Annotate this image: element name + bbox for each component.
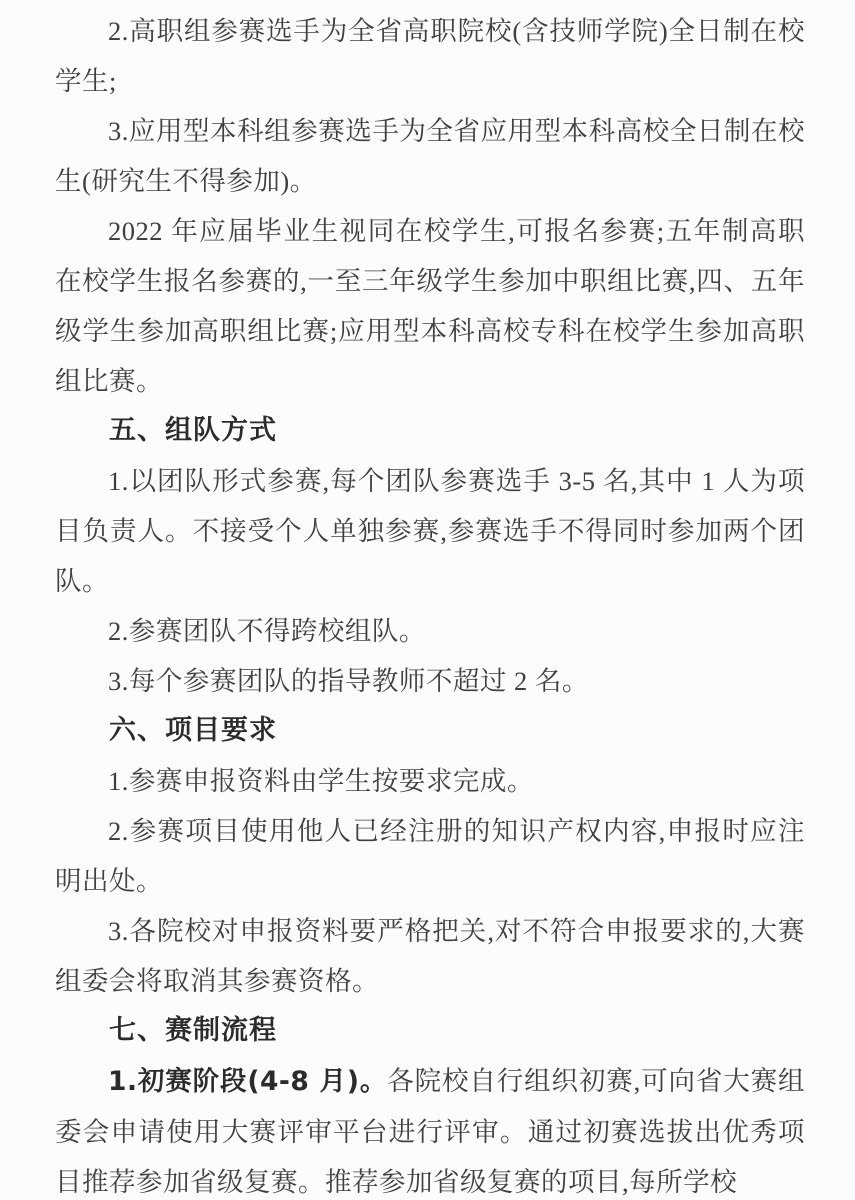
section-heading: 五、组队方式 [55, 406, 805, 456]
paragraph: 2.高职组参赛选手为全省高职院校(含技师学院)全日制在校学生; [55, 6, 805, 106]
document-text-block: 2.高职组参赛选手为全省高职院校(含技师学院)全日制在校学生;3.应用型本科组参… [55, 6, 805, 1200]
paragraph: 1.初赛阶段(4-8 月)。各院校自行组织初赛,可向省大赛组委会申请使用大赛评审… [55, 1056, 805, 1200]
section-heading: 六、项目要求 [55, 706, 805, 756]
paragraph: 2.参赛项目使用他人已经注册的知识产权内容,申报时应注明出处。 [55, 806, 805, 906]
paragraph: 2.参赛团队不得跨校组队。 [55, 606, 805, 656]
paragraph: 1.参赛申报资料由学生按要求完成。 [55, 756, 805, 806]
paragraph: 3.每个参赛团队的指导教师不超过 2 名。 [55, 656, 805, 706]
paragraph: 2022 年应届毕业生视同在校学生,可报名参赛;五年制高职在校学生报名参赛的,一… [55, 206, 805, 406]
paragraph: 3.各院校对申报资料要严格把关,对不符合申报要求的,大赛组委会将取消其参赛资格。 [55, 906, 805, 1006]
paragraph-lead-bold: 1.初赛阶段(4-8 月)。 [108, 1066, 387, 1097]
paragraph: 3.应用型本科组参赛选手为全省应用型本科高校全日制在校生(研究生不得参加)。 [55, 106, 805, 206]
paragraph: 1.以团队形式参赛,每个团队参赛选手 3-5 名,其中 1 人为项目负责人。不接… [55, 456, 805, 606]
section-heading: 七、赛制流程 [55, 1006, 805, 1056]
document-page: 2.高职组参赛选手为全省高职院校(含技师学院)全日制在校学生;3.应用型本科组参… [0, 0, 855, 1200]
